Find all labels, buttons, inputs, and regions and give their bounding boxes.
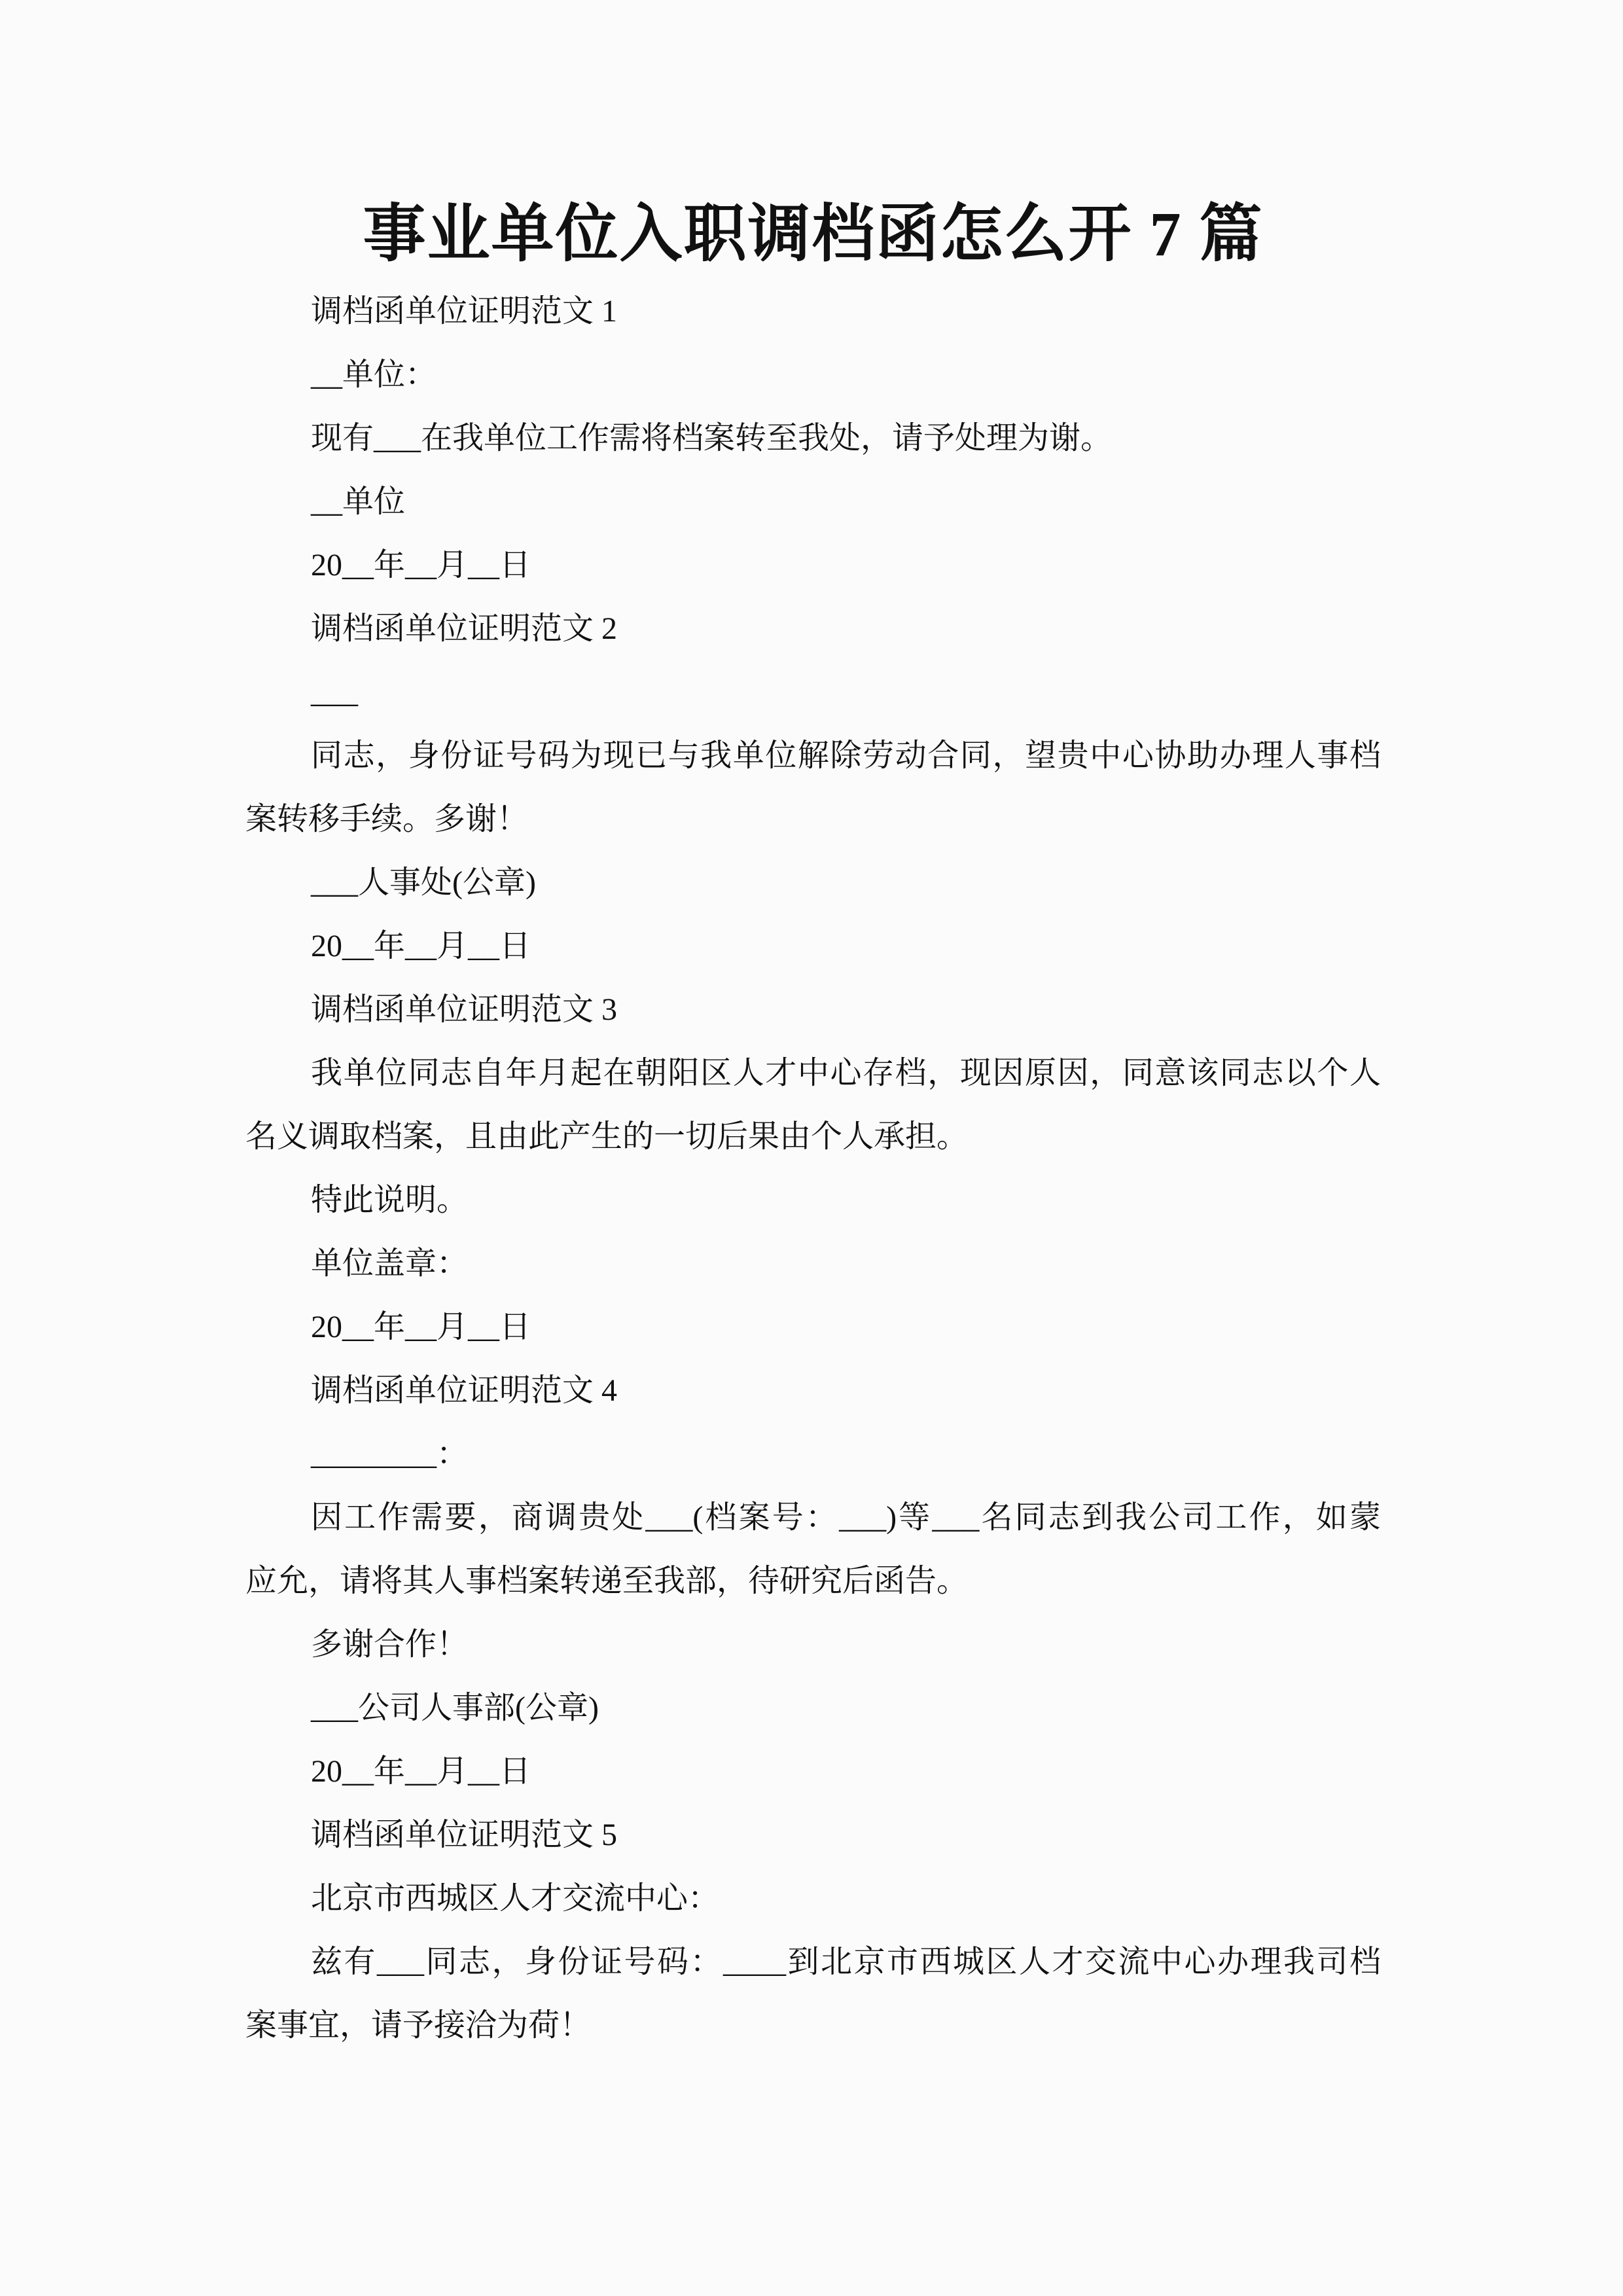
text-line: ___人事处(公章) bbox=[245, 851, 1381, 914]
text-line: 20__年__月__日 bbox=[245, 533, 1381, 597]
section-heading: 调档函单位证明范文 4 bbox=[245, 1359, 1381, 1422]
text-line: ________： bbox=[245, 1422, 1381, 1486]
text-line: 20__年__月__日 bbox=[245, 1740, 1381, 1803]
document-title: 事业单位入职调档函怎么开 7 篇 bbox=[245, 196, 1381, 272]
text-line: ___ bbox=[245, 660, 1381, 724]
text-line: 名义调取档案，且由此产生的一切后果由个人承担。 bbox=[245, 1105, 1381, 1168]
text-line: 特此说明。 bbox=[245, 1168, 1381, 1232]
text-line: 20__年__月__日 bbox=[245, 914, 1381, 978]
text-line: 单位盖章： bbox=[245, 1232, 1381, 1295]
text-line: 20__年__月__日 bbox=[245, 1295, 1381, 1359]
section-heading: 调档函单位证明范文 5 bbox=[245, 1803, 1381, 1867]
text-line: 多谢合作！ bbox=[245, 1613, 1381, 1676]
text-line: ___公司人事部(公章) bbox=[245, 1676, 1381, 1740]
section-heading: 调档函单位证明范文 3 bbox=[245, 978, 1381, 1041]
text-line: 兹有___同志，身份证号码：____到北京市西城区人才交流中心办理我司档 bbox=[245, 1930, 1381, 1994]
document-page: 事业单位入职调档函怎么开 7 篇 调档函单位证明范文 1__单位：现有___在我… bbox=[0, 0, 1623, 2296]
text-line: 因工作需要，商调贵处___(档案号：___)等___名同志到我公司工作，如蒙 bbox=[245, 1486, 1381, 1549]
text-line: 北京市西城区人才交流中心： bbox=[245, 1867, 1381, 1930]
section-heading: 调档函单位证明范文 2 bbox=[245, 597, 1381, 660]
document-body: 调档函单位证明范文 1__单位：现有___在我单位工作需将档案转至我处，请予处理… bbox=[245, 279, 1381, 2057]
section-heading: 调档函单位证明范文 1 bbox=[245, 279, 1381, 343]
text-line: __单位： bbox=[245, 343, 1381, 406]
text-line: 应允，请将其人事档案转递至我部，待研究后函告。 bbox=[245, 1549, 1381, 1613]
text-line: 同志，身份证号码为现已与我单位解除劳动合同，望贵中心协助办理人事档 bbox=[245, 724, 1381, 787]
text-line: 案转移手续。多谢！ bbox=[245, 787, 1381, 851]
text-line: __单位 bbox=[245, 470, 1381, 533]
text-line: 现有___在我单位工作需将档案转至我处，请予处理为谢。 bbox=[245, 406, 1381, 470]
text-line: 案事宜，请予接洽为荷！ bbox=[245, 1994, 1381, 2057]
text-line: 我单位同志自年月起在朝阳区人才中心存档，现因原因，同意该同志以个人 bbox=[245, 1041, 1381, 1105]
